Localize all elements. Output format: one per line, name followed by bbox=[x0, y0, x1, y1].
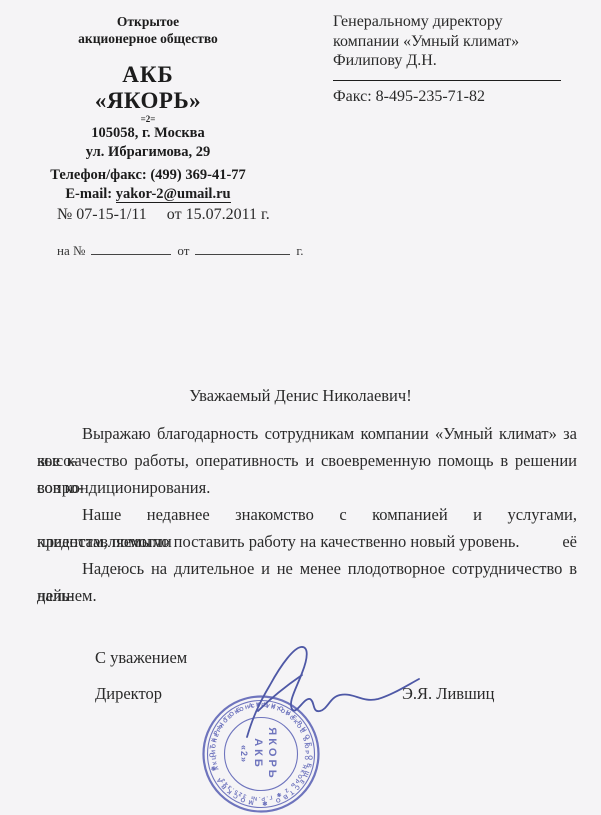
org-type-line1: Открытое bbox=[28, 13, 268, 30]
paragraph3-line1: Надеюсь на длительное и не менее плодотв… bbox=[37, 555, 577, 582]
paragraph1-line3: сов кондиционирования. bbox=[37, 474, 577, 501]
paragraph1-line2: кое качество работы, оперативность и сво… bbox=[37, 447, 577, 474]
email-address: yakor-2@umail.ru bbox=[116, 186, 231, 203]
outgoing-date: от 15.07.2011 г. bbox=[167, 206, 270, 223]
recipient-block: Генеральному директору компании «Умный к… bbox=[333, 12, 565, 106]
org-street: ул. Ибрагимова, 29 bbox=[28, 143, 268, 162]
org-email-line: E-mail: yakor-2@umail.ru bbox=[28, 185, 268, 204]
recipient-divider bbox=[333, 80, 561, 81]
org-type-line2: акционерное общество bbox=[28, 30, 268, 47]
letterhead: Открытое акционерное общество АКБ «ЯКОРЬ… bbox=[28, 13, 268, 204]
paragraph1-line1: Выражаю благодарность сотрудникам компан… bbox=[37, 420, 577, 447]
paragraph2-line2: клиентам, помогло поставить работу на ка… bbox=[37, 528, 577, 555]
org-name-suffix: =2= bbox=[28, 114, 268, 124]
closing-regards: С уважением bbox=[95, 648, 187, 668]
signer-position: Директор bbox=[95, 684, 162, 704]
scanned-letter-page: Открытое акционерное общество АКБ «ЯКОРЬ… bbox=[0, 0, 601, 815]
org-postal-city: 105058, г. Москва bbox=[28, 124, 268, 143]
reply-number-blank bbox=[91, 243, 171, 255]
recipient-line3: Филипову Д.Н. bbox=[333, 51, 565, 71]
recipient-line2: компании «Умный климат» bbox=[333, 32, 565, 52]
letter-body: Выражаю благодарность сотрудникам компан… bbox=[37, 420, 577, 609]
org-name-abbr: АКБ bbox=[28, 62, 268, 88]
director-signature bbox=[228, 625, 428, 755]
outgoing-number: № 07-15-1/11 bbox=[57, 206, 147, 223]
paragraph3-line2: нейшем. bbox=[37, 582, 577, 609]
email-label: E-mail: bbox=[65, 186, 112, 202]
reply-suffix: г. bbox=[296, 243, 303, 258]
recipient-line1: Генеральному директору bbox=[333, 12, 565, 32]
org-name: «ЯКОРЬ» bbox=[28, 88, 268, 114]
reply-reference-line: на №отг. bbox=[57, 243, 304, 259]
recipient-fax: Факс: 8-495-235-71-82 bbox=[333, 87, 565, 107]
reply-date-blank bbox=[195, 243, 290, 255]
reply-mid: от bbox=[177, 243, 189, 258]
paragraph2-line1: Наше недавнее знакомство с компанией и у… bbox=[37, 501, 577, 528]
reference-line: № 07-15-1/11от 15.07.2011 г. bbox=[57, 206, 270, 224]
org-type: Открытое акционерное общество bbox=[28, 13, 268, 47]
salutation: Уважаемый Денис Николаевич! bbox=[0, 386, 601, 406]
org-phone: Телефон/факс: (499) 369-41-77 bbox=[28, 166, 268, 185]
signature-main-stroke bbox=[247, 647, 419, 737]
reply-prefix: на № bbox=[57, 243, 85, 258]
